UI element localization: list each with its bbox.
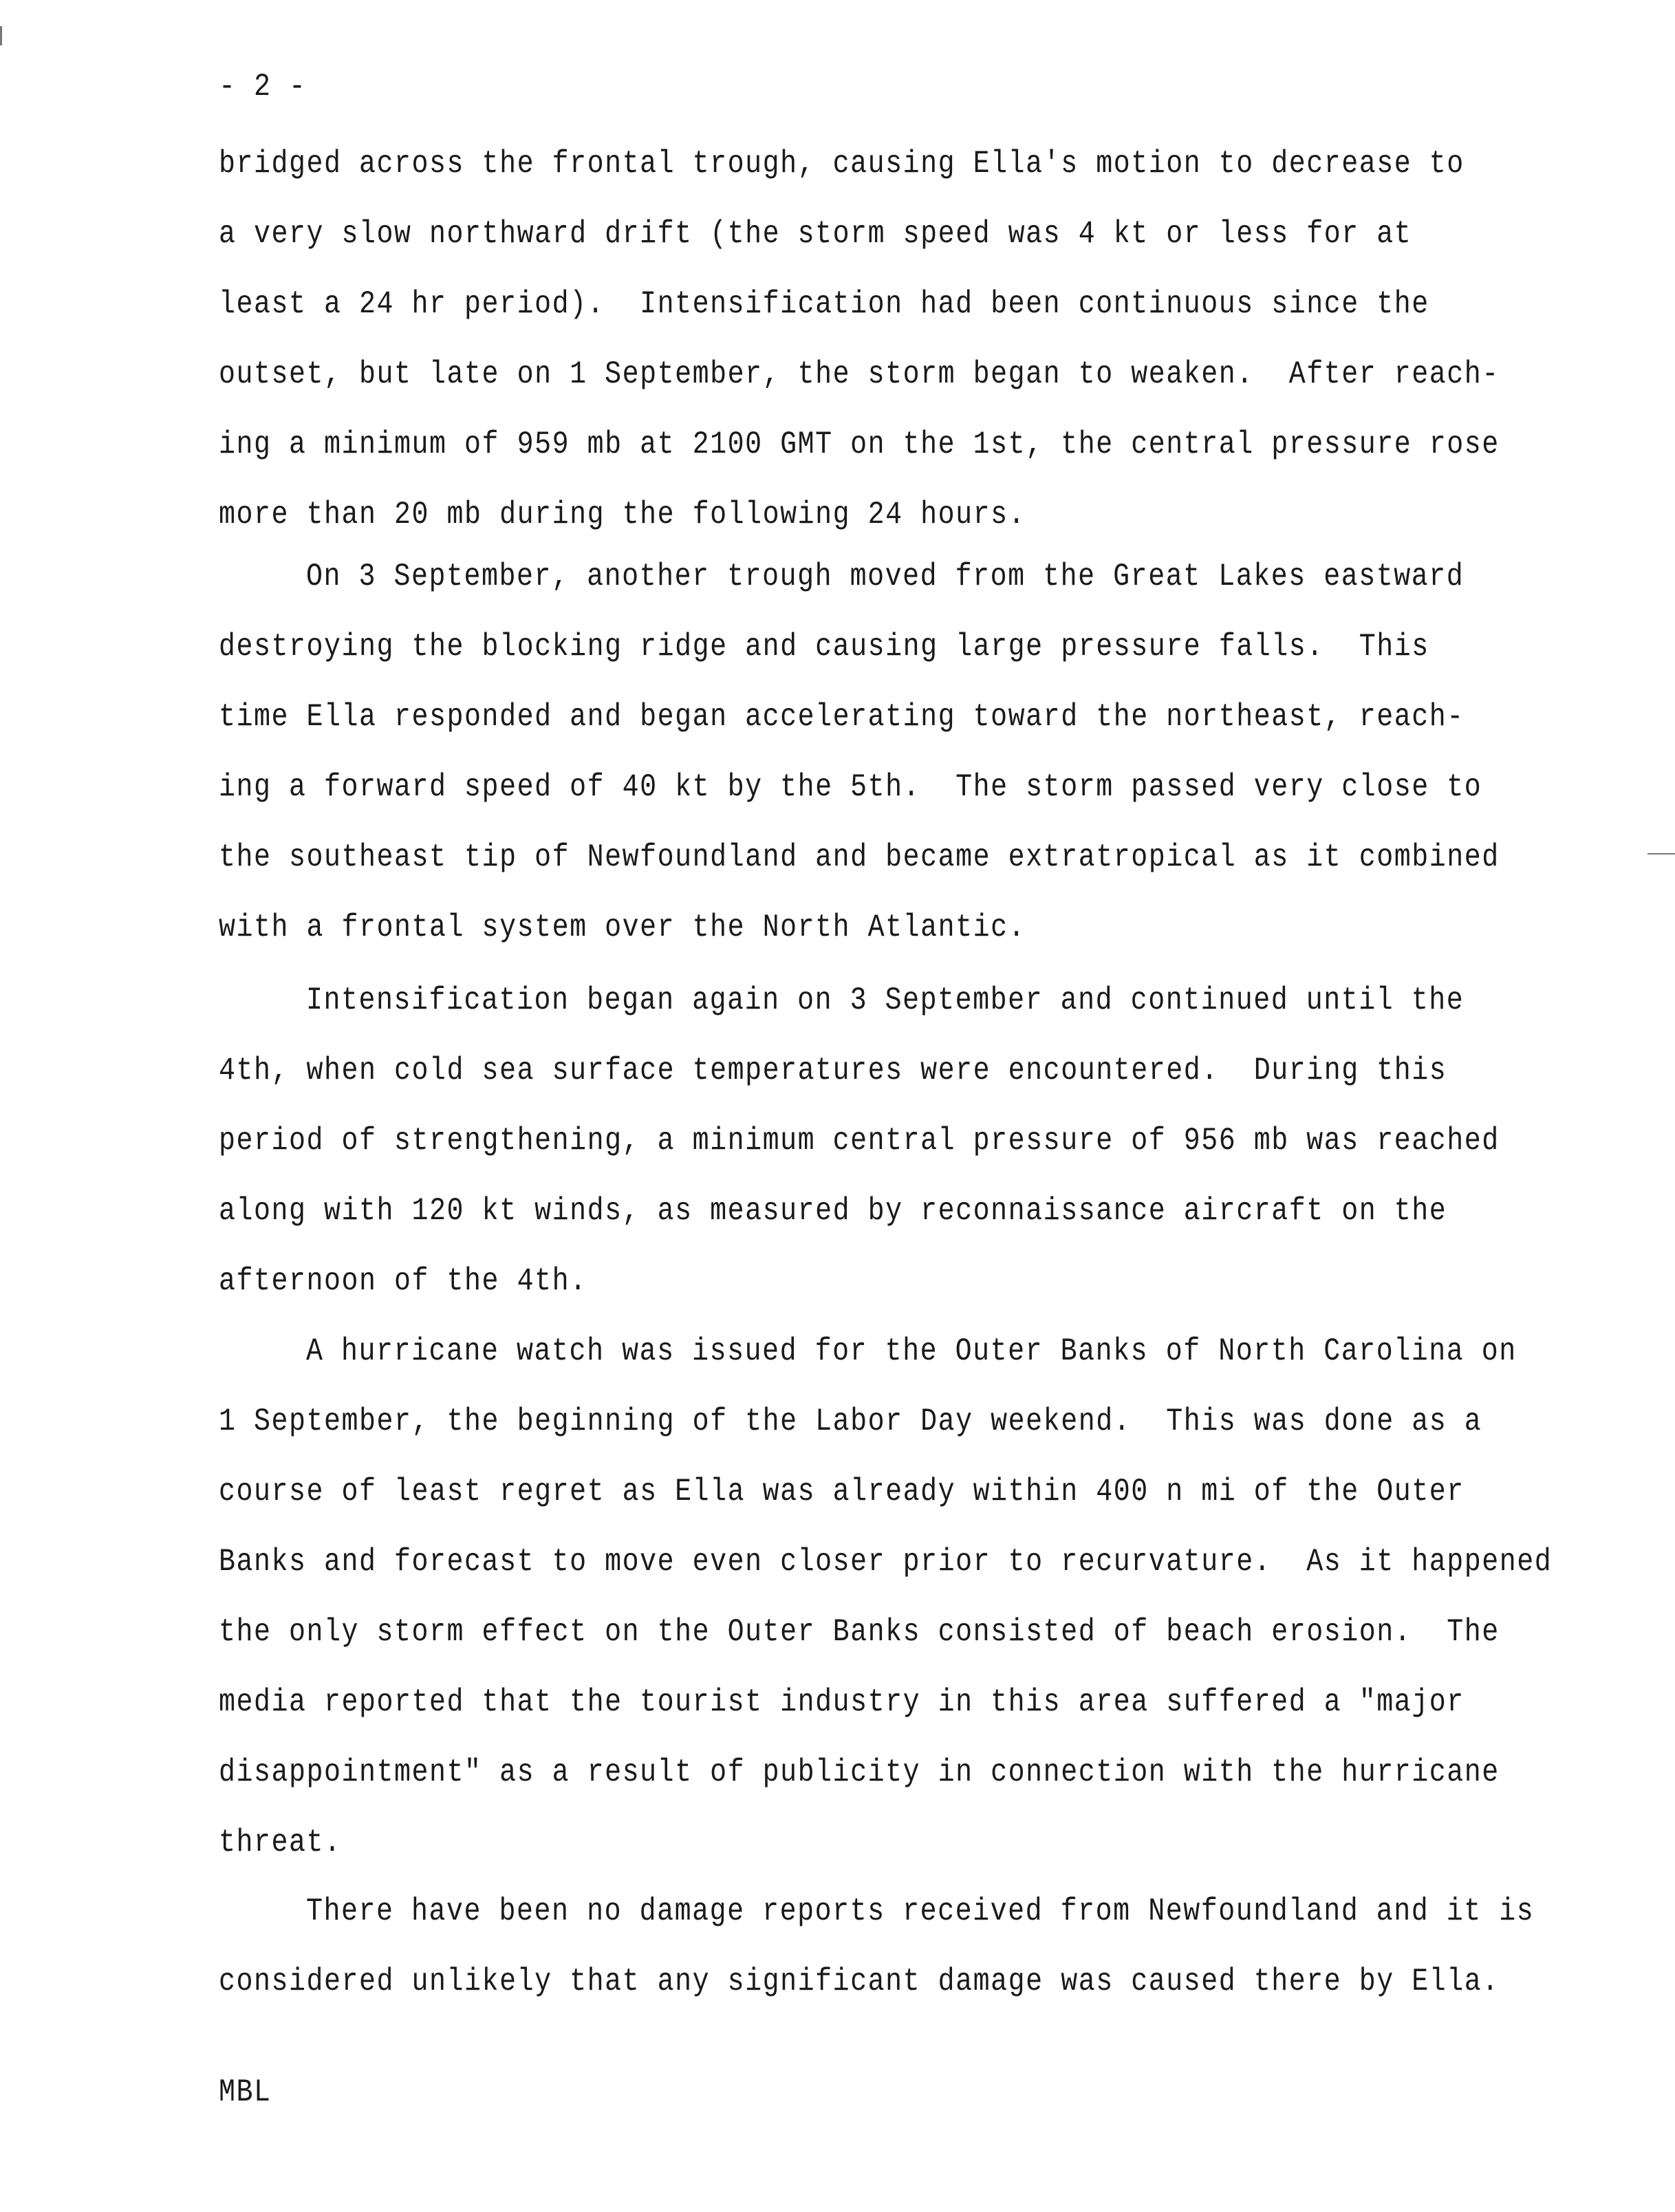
text-line: period of strengthening, a minimum centr…: [219, 1123, 1500, 1161]
text-line: more than 20 mb during the following 24 …: [219, 497, 1026, 535]
text-line: destroying the blocking ridge and causin…: [219, 629, 1429, 667]
text-line: the only storm effect on the Outer Banks…: [219, 1614, 1500, 1652]
text-line: There have been no damage reports receiv…: [306, 1893, 1534, 1931]
text-line: a very slow northward drift (the storm s…: [219, 216, 1412, 254]
text-line: 1 September, the beginning of the Labor …: [219, 1404, 1482, 1441]
scan-mark: [1647, 853, 1675, 855]
page-number: - 2 -: [219, 69, 307, 107]
text-line: course of least regret as Ella was alrea…: [219, 1474, 1465, 1512]
text-line: threat.: [219, 1825, 342, 1862]
text-line: disappointment" as a result of publicity…: [219, 1754, 1500, 1792]
text-line: ing a forward speed of 40 kt by the 5th.…: [219, 769, 1482, 807]
text-line: bridged across the frontal trough, causi…: [219, 146, 1465, 184]
text-line: time Ella responded and began accelerati…: [219, 699, 1465, 737]
document-page: - 2 - bridged across the frontal trough,…: [0, 0, 1675, 2212]
text-line: A hurricane watch was issued for the Out…: [306, 1333, 1517, 1371]
text-line: with a frontal system over the North Atl…: [219, 910, 1026, 947]
text-line: Banks and forecast to move even closer p…: [219, 1544, 1552, 1582]
text-line: Intensification began again on 3 Septemb…: [306, 982, 1464, 1020]
text-line: 4th, when cold sea surface temperatures …: [219, 1053, 1447, 1091]
text-line: media reported that the tourist industry…: [219, 1684, 1465, 1722]
text-line: least a 24 hr period). Intensification h…: [219, 286, 1429, 324]
text-line: along with 120 kt winds, as measured by …: [219, 1193, 1447, 1231]
text-line: afternoon of the 4th.: [219, 1263, 587, 1301]
text-line: the southeast tip of Newfoundland and be…: [219, 839, 1500, 877]
text-line: ing a minimum of 959 mb at 2100 GMT on t…: [219, 427, 1500, 464]
text-line: considered unlikely that any significant…: [219, 1964, 1500, 2001]
text-line: outset, but late on 1 September, the sto…: [219, 356, 1500, 394]
scan-mark: [0, 26, 2, 45]
author-initials: MBL: [219, 2074, 272, 2112]
text-line: On 3 September, another trough moved fro…: [306, 559, 1464, 597]
